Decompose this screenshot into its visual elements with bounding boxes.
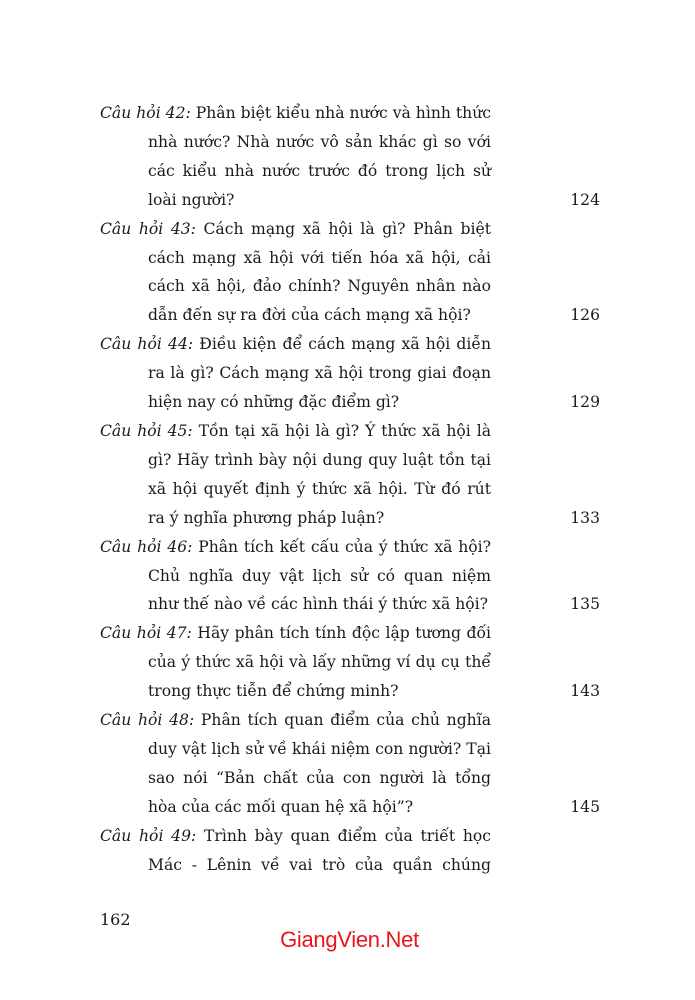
table-of-contents: Câu hỏi 42: Phân biệt kiểu nhà nước và h… (100, 99, 600, 879)
toc-page-number: 126 (570, 301, 600, 330)
toc-entry-42: Câu hỏi 42: Phân biệt kiểu nhà nước và h… (100, 99, 600, 215)
question-label: Câu hỏi 47: (100, 624, 192, 642)
question-text: Điều kiện để cách mạng xã hội diễn ra là… (148, 335, 491, 411)
toc-entry-49: Câu hỏi 49: Trình bày quan điểm của triế… (100, 822, 600, 880)
watermark: GiangVien.Net (0, 927, 695, 953)
question-label: Câu hỏi 44: (100, 335, 193, 353)
question-text: Hãy phân tích tính độc lập tương đối của… (148, 624, 491, 700)
question-label: Câu hỏi 48: (100, 711, 194, 729)
toc-entry-46: Câu hỏi 46: Phân tích kết cấu của ý thức… (100, 533, 600, 620)
question-label: Câu hỏi 46: (100, 538, 192, 556)
toc-entry-43: Câu hỏi 43: Cách mạng xã hội là gì? Phân… (100, 215, 600, 331)
toc-page-number: 124 (570, 186, 600, 215)
watermark-text: GiangVien.Net (280, 927, 419, 952)
question-label: Câu hỏi 49: (100, 827, 196, 845)
toc-entry-48: Câu hỏi 48: Phân tích quan điểm của chủ … (100, 706, 600, 822)
toc-page-number: 143 (570, 677, 600, 706)
toc-entry-44: Câu hỏi 44: Điều kiện để cách mạng xã hộ… (100, 330, 600, 417)
question-text: Cách mạng xã hội là gì? Phân biệt cách m… (148, 220, 491, 325)
toc-entry-47: Câu hỏi 47: Hãy phân tích tính độc lập t… (100, 619, 600, 706)
question-label: Câu hỏi 42: (100, 104, 191, 122)
question-label: Câu hỏi 45: (100, 422, 193, 440)
toc-entry-45: Câu hỏi 45: Tồn tại xã hội là gì? Ý thức… (100, 417, 600, 533)
toc-page-number: 133 (570, 504, 600, 533)
question-text: Tồn tại xã hội là gì? Ý thức xã hội là g… (148, 422, 491, 527)
question-text: Phân tích quan điểm của chủ nghĩa duy vậ… (148, 711, 491, 816)
toc-page-number: 135 (570, 590, 600, 619)
question-text: Trình bày quan điểm của triết học Mác - … (148, 827, 491, 874)
toc-page-number: 129 (570, 388, 600, 417)
question-text: Phân tích kết cấu của ý thức xã hội? Chủ… (148, 538, 491, 614)
toc-page-number: 145 (570, 793, 600, 822)
question-label: Câu hỏi 43: (100, 220, 196, 238)
question-text: Phân biệt kiểu nhà nước và hình thức nhà… (148, 104, 491, 209)
